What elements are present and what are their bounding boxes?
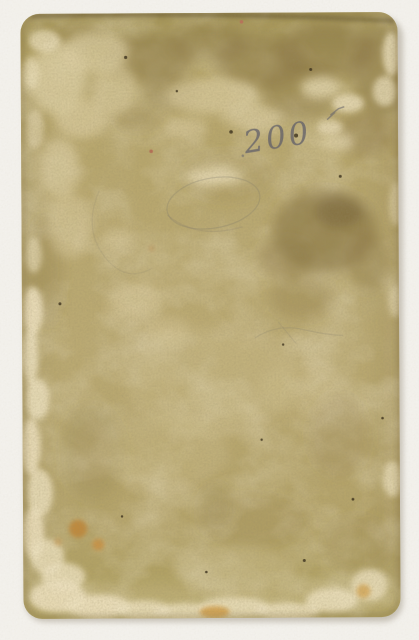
card-surface: 200 xyxy=(14,5,418,622)
scanned-image-stage: 200 xyxy=(0,0,419,640)
paper-grain-texture xyxy=(20,12,400,619)
photo-card-back-scan: 200 xyxy=(0,0,419,640)
